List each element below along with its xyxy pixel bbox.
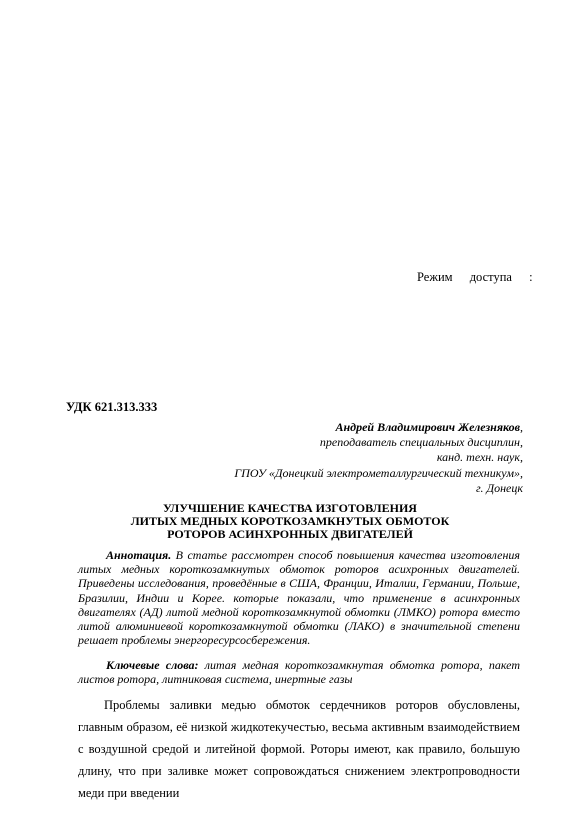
abstract-text: В статье рассмотрен способ повышения кач… [78,548,520,647]
author-block: Андрей Владимирович Железняков, преподав… [234,420,523,496]
article-title: УЛУЧШЕНИЕ КАЧЕСТВА ИЗГОТОВЛЕНИЯ ЛИТЫХ МЕ… [0,502,580,542]
author-name: Андрей Владимирович Железняков [335,420,520,434]
author-organization: ГПОУ «Донецкий электрометаллургический т… [234,466,523,481]
udk-code: УДК 621.313.333 [66,400,157,415]
author-position: преподаватель специальных дисциплин, [234,435,523,450]
keywords: Ключевые слова: литая медная короткозамк… [78,658,520,686]
abstract-label: Аннотация. [106,548,171,562]
author-name-line: Андрей Владимирович Железняков, [234,420,523,435]
author-degree: канд. техн. наук, [234,450,523,465]
document-page: Режим доступа : УДК 621.313.333 Андрей В… [0,0,580,820]
abstract: Аннотация. В статье рассмотрен способ по… [78,548,520,647]
access-mode-text: Режим доступа : [417,270,533,285]
author-name-suffix: , [520,420,523,434]
title-line-3: РОТОРОВ АСИНХРОННЫХ ДВИГАТЕЛЕЙ [0,528,580,541]
body-paragraph: Проблемы заливки медью обмоток сердечник… [78,694,520,804]
keywords-label: Ключевые слова: [106,658,199,672]
author-city: г. Донецк [234,481,523,496]
